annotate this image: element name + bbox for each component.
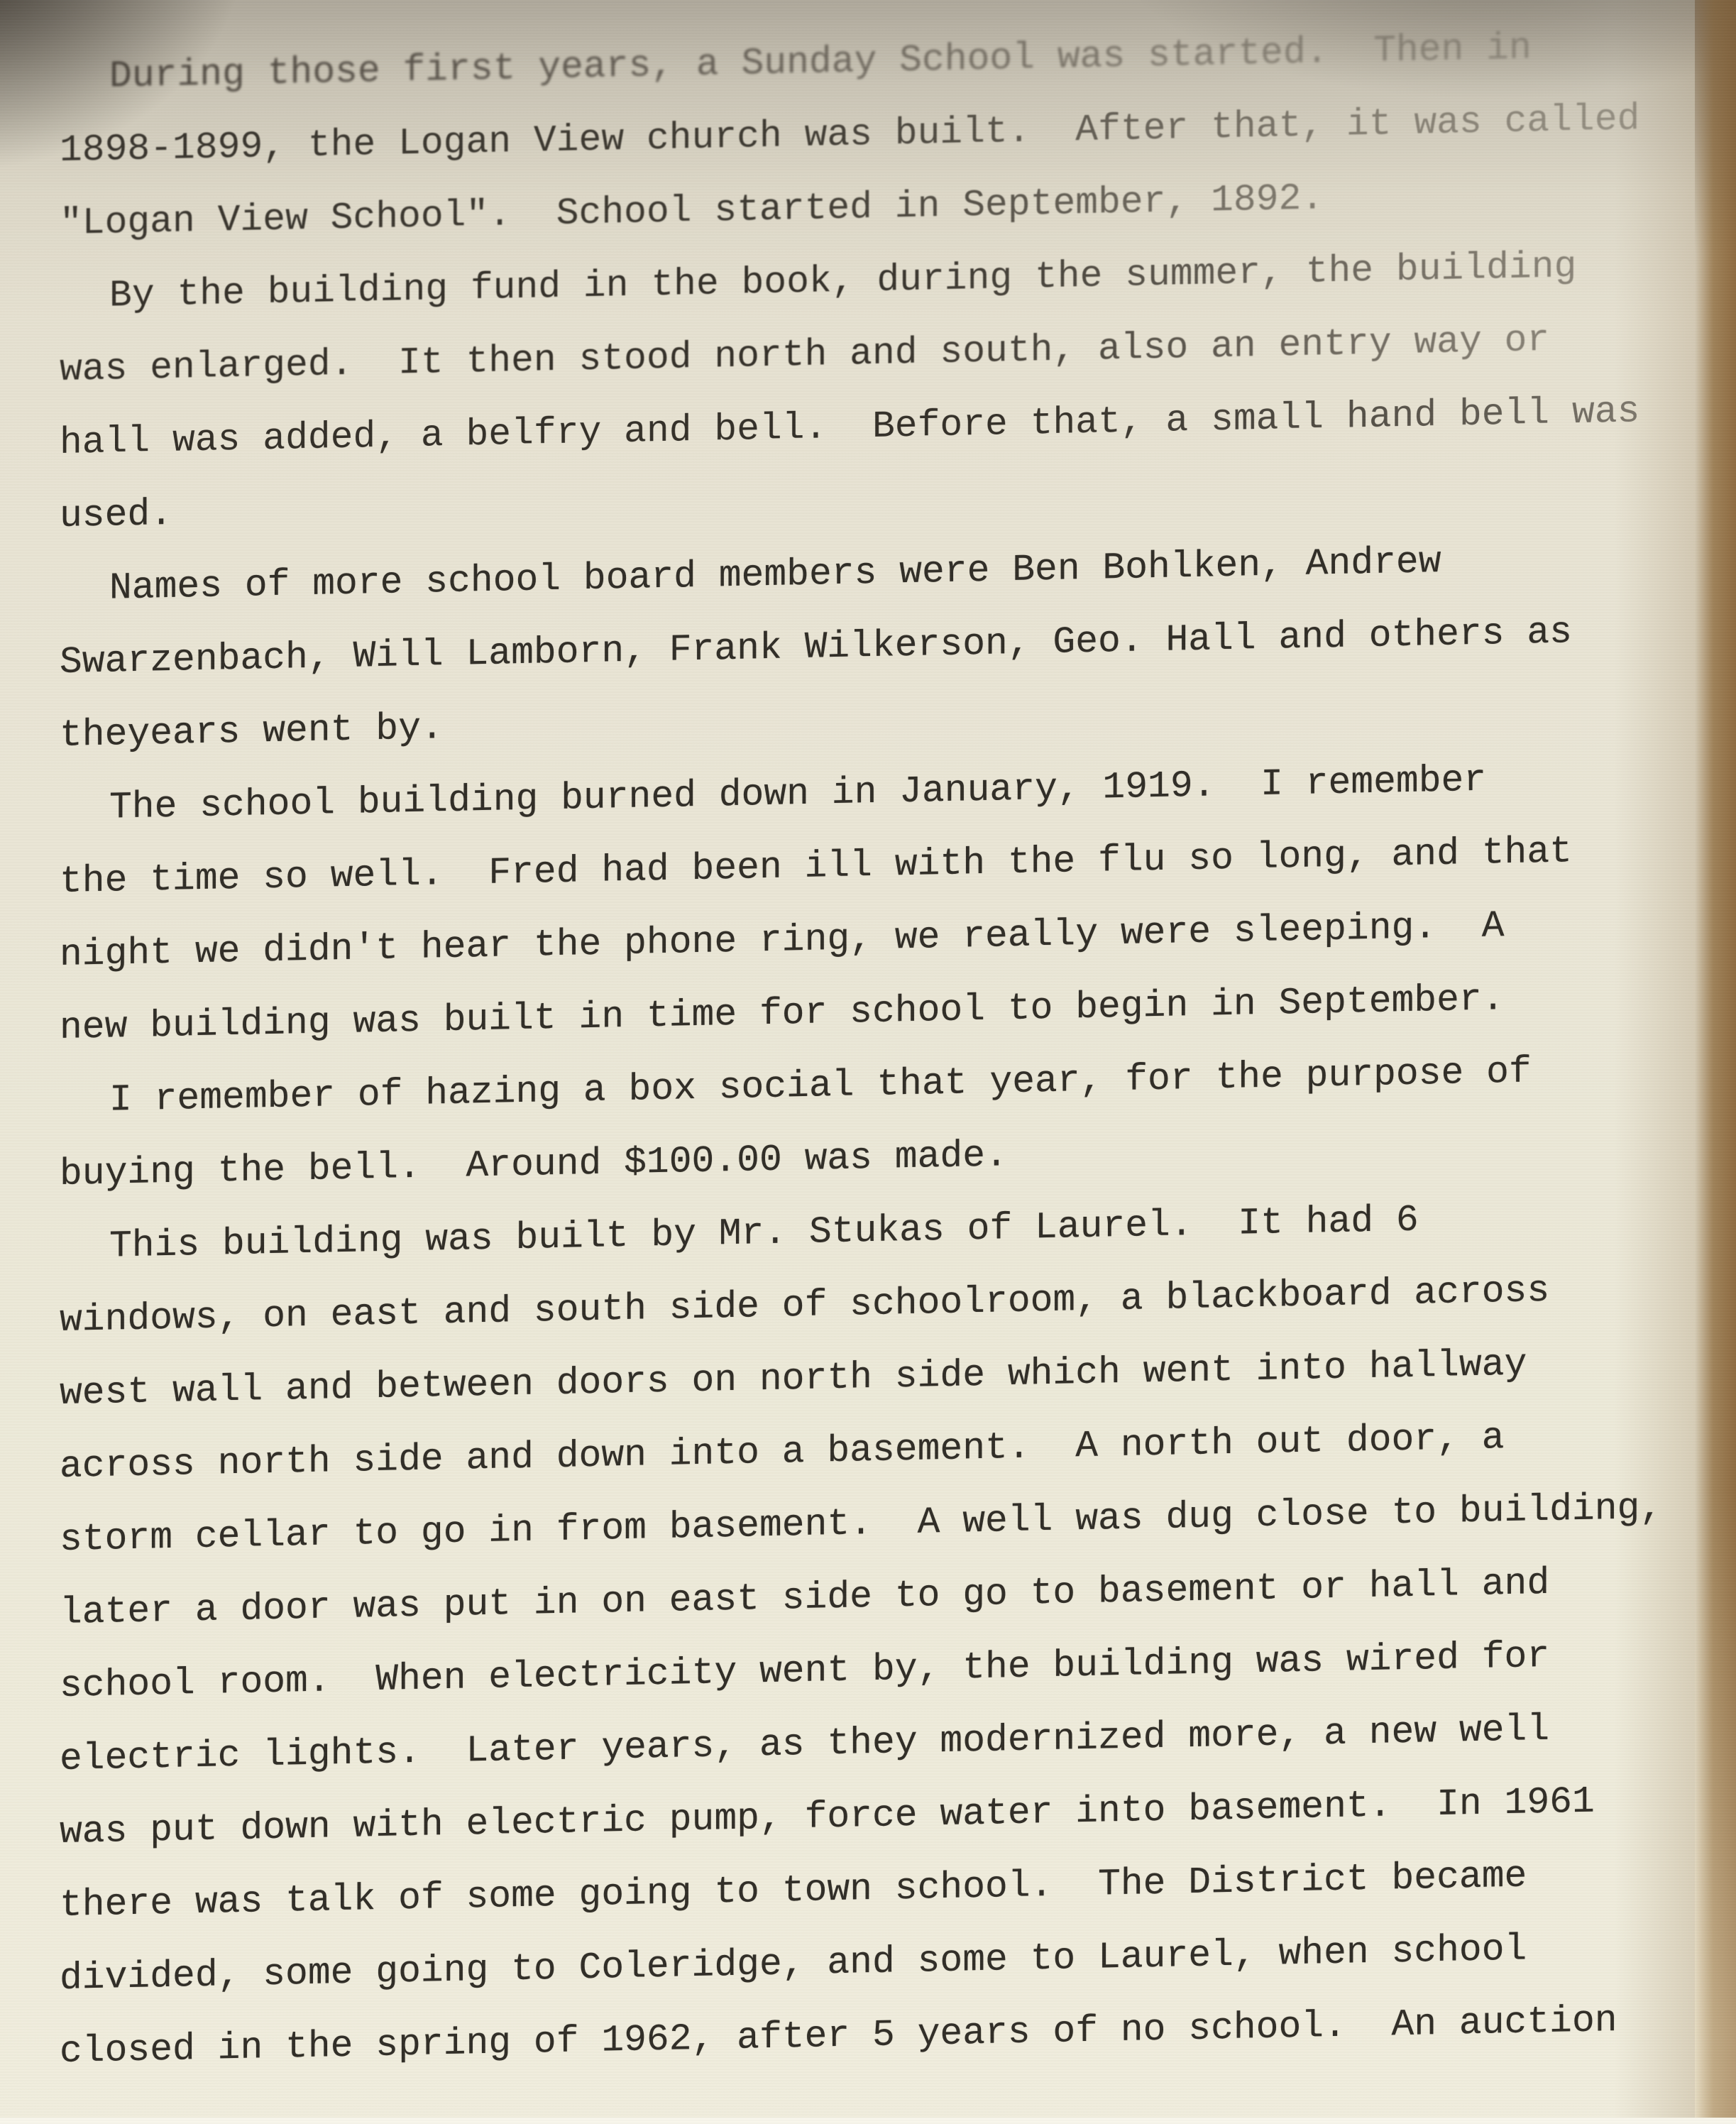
scan-right-edge <box>1695 0 1736 2124</box>
typewritten-text-block: During those first years, a Sunday Schoo… <box>60 9 1662 2089</box>
scan-bottom-edge <box>0 2118 1736 2124</box>
scanned-document-page: During those first years, a Sunday Schoo… <box>0 0 1736 2124</box>
